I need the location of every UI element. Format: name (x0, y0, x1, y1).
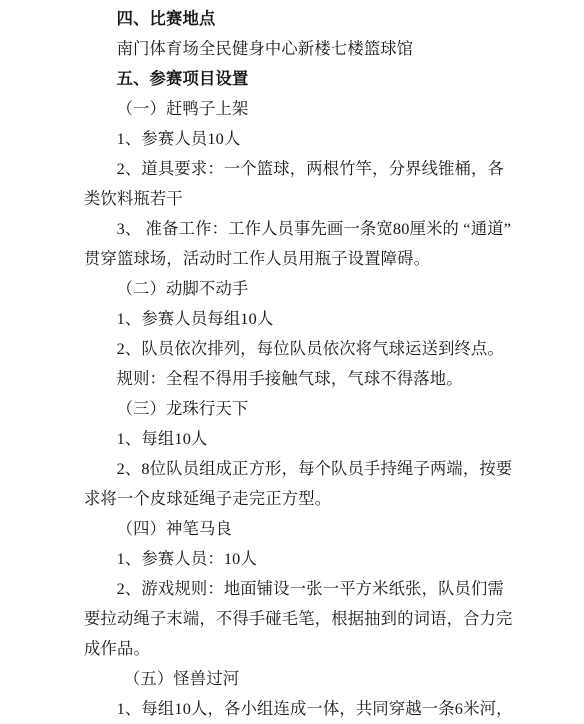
event-1-preparation: 3、 准备工作：工作人员事先画一条宽80厘米的 “通道” 贯穿篮球场，活动时工作… (84, 214, 528, 274)
event-3-participants: 1、每组10人 (84, 424, 528, 454)
event-5-rule: 1、每组10人，各小组连成一体，共同穿越一条6米河， (84, 694, 528, 724)
event-2-participants: 1、参赛人员每组10人 (84, 304, 528, 334)
event-5-title: （五）怪兽过河 (84, 664, 528, 694)
event-3-title: （三）龙珠行天下 (84, 394, 528, 424)
event-4-rule: 2、游戏规则：地面铺设一张一平方米纸张，队员们需 要拉动绳子末端，不得手碰毛笔，… (84, 574, 528, 664)
venue-text: 南门体育场全民健身中心新楼七楼篮球馆 (84, 34, 528, 64)
event-4-title: （四）神笔马良 (84, 514, 528, 544)
event-2-title: （二）动脚不动手 (84, 274, 528, 304)
event-1-title: （一）赶鸭子上架 (84, 94, 528, 124)
event-1-props: 2、道具要求：一个篮球，两根竹竿，分界线锥桶，各 类饮料瓶若干 (84, 154, 528, 214)
section-heading-venue: 四、比赛地点 (84, 4, 528, 34)
document-page: 四、比赛地点 南门体育场全民健身中心新楼七楼篮球馆 五、参赛项目设置 （一）赶鸭… (0, 0, 584, 724)
event-4-participants: 1、参赛人员：10人 (84, 544, 528, 574)
event-2-rule-constraint: 规则：全程不得用手接触气球，气球不得落地。 (84, 364, 528, 394)
section-heading-events: 五、参赛项目设置 (84, 64, 528, 94)
event-3-rule: 2、8位队员组成正方形，每个队员手持绳子两端，按要 求将一个皮球延绳子走完正方型… (84, 454, 528, 514)
event-2-rule-relay: 2、队员依次排列，每位队员依次将气球运送到终点。 (84, 334, 528, 364)
event-1-participants: 1、参赛人员10人 (84, 124, 528, 154)
